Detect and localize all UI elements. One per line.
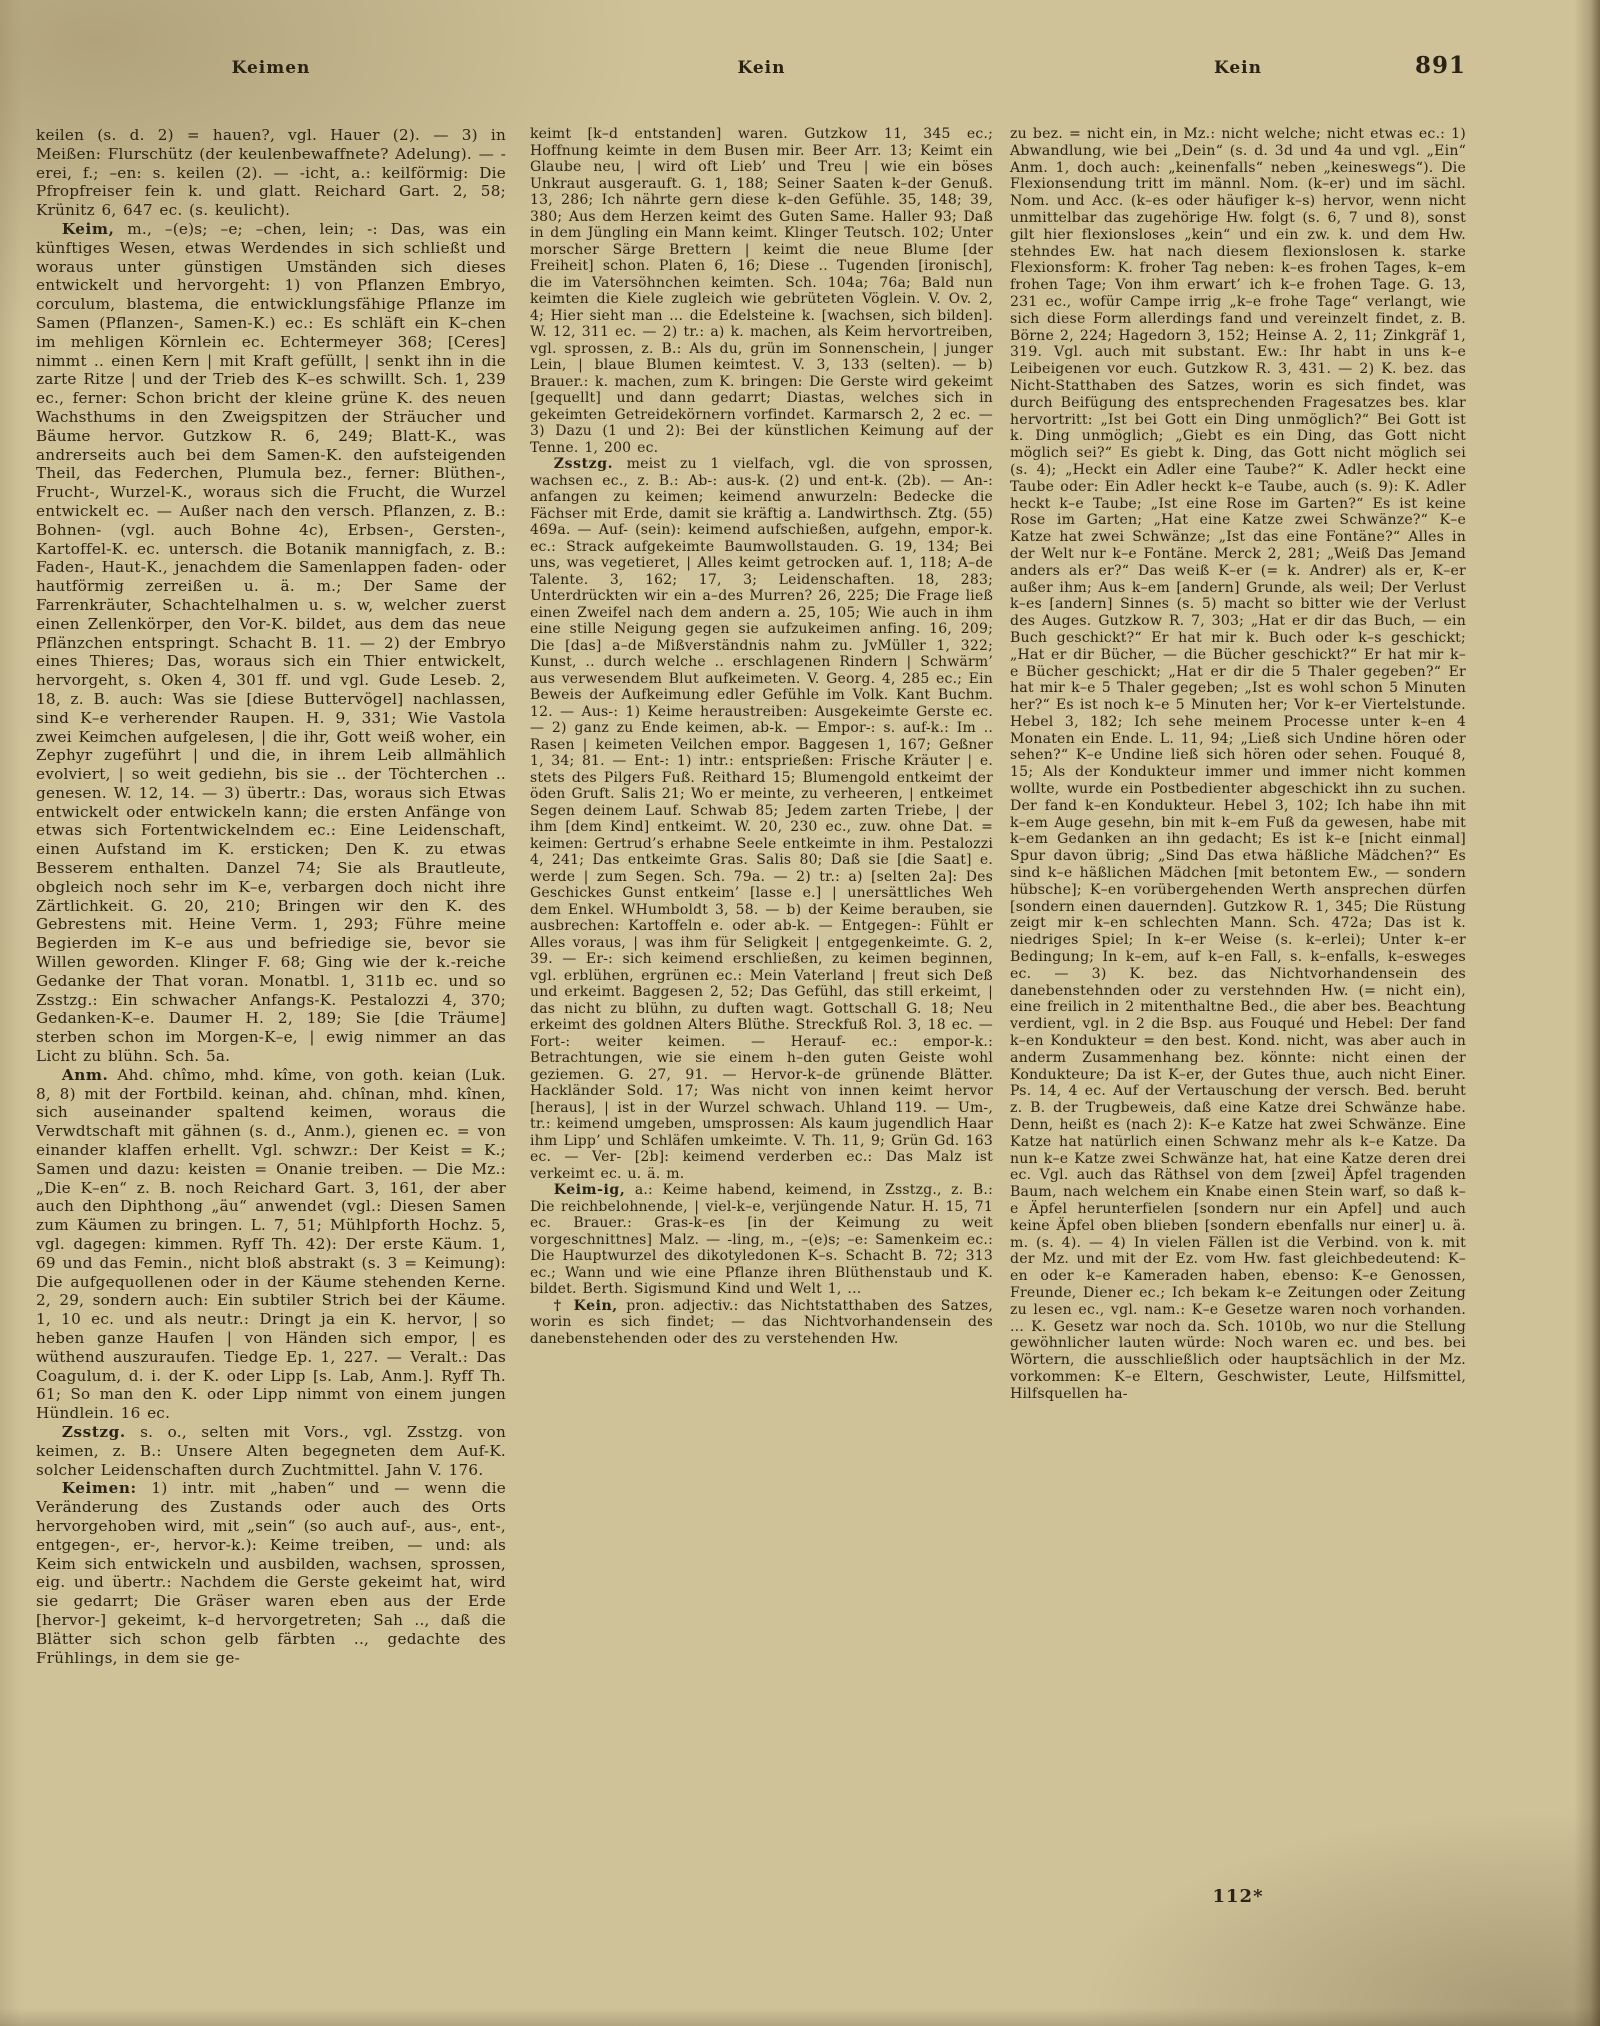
entry-keimig: Keim-ig, a.: Keime habend, keimend, in Z… [530, 1182, 993, 1298]
entry-kein-continuation: zu bez. = nicht ein, in Mz.: nicht welch… [1010, 126, 1466, 1403]
entry-keimen: Keimen: 1) intr. mit „haben“ und — wenn … [36, 1479, 506, 1667]
entry-headword: Keim, [62, 220, 115, 238]
text-column-middle: keimt [k–d entstanden] waren. Gutzkow 11… [530, 126, 993, 1347]
entry-headword: † Kein, [554, 1298, 618, 1314]
entry-headword: Keimen: [62, 1479, 137, 1497]
dictionary-page-scan: Keimen Kein Kein 891 keilen (s. d. 2) = … [0, 0, 1600, 2026]
signature-mark: 112* [1010, 1886, 1466, 1907]
entry-headword: Anm. [62, 1066, 109, 1084]
text-column-right: zu bez. = nicht ein, in Mz.: nicht welch… [1010, 126, 1466, 1403]
entry-keim-zusammensetzung: Zsstzg. s. o., selten mit Vors., vgl. Zs… [36, 1423, 506, 1479]
running-head-left: Keimen [36, 58, 506, 78]
entry-headword: Zsstzg. [62, 1423, 126, 1441]
entry-headword: Zsstzg. [554, 456, 613, 472]
entry-keimen-continuation: keimt [k–d entstanden] waren. Gutzkow 11… [530, 126, 993, 456]
text-column-left: keilen (s. d. 2) = hauen?, vgl. Hauer (2… [36, 126, 506, 1667]
entry-kein: † Kein, pron. adjectiv.: das Nichtstatth… [530, 1298, 993, 1348]
entry-keimen-zusammensetzungen: Zsstzg. meist zu 1 vielfach, vgl. die vo… [530, 456, 993, 1182]
entry-keilen-continuation: keilen (s. d. 2) = hauen?, vgl. Hauer (2… [36, 126, 506, 220]
page-number: 891 [1270, 52, 1466, 79]
entry-keim-anmerkung: Anm. Ahd. chîmo, mhd. kîme, von goth. ke… [36, 1066, 506, 1423]
entry-keim: Keim, m., –(e)s; –e; –chen, lein; -: Das… [36, 220, 506, 1066]
entry-headword: Keim-ig, [554, 1182, 626, 1198]
running-head-middle: Kein [530, 58, 993, 78]
